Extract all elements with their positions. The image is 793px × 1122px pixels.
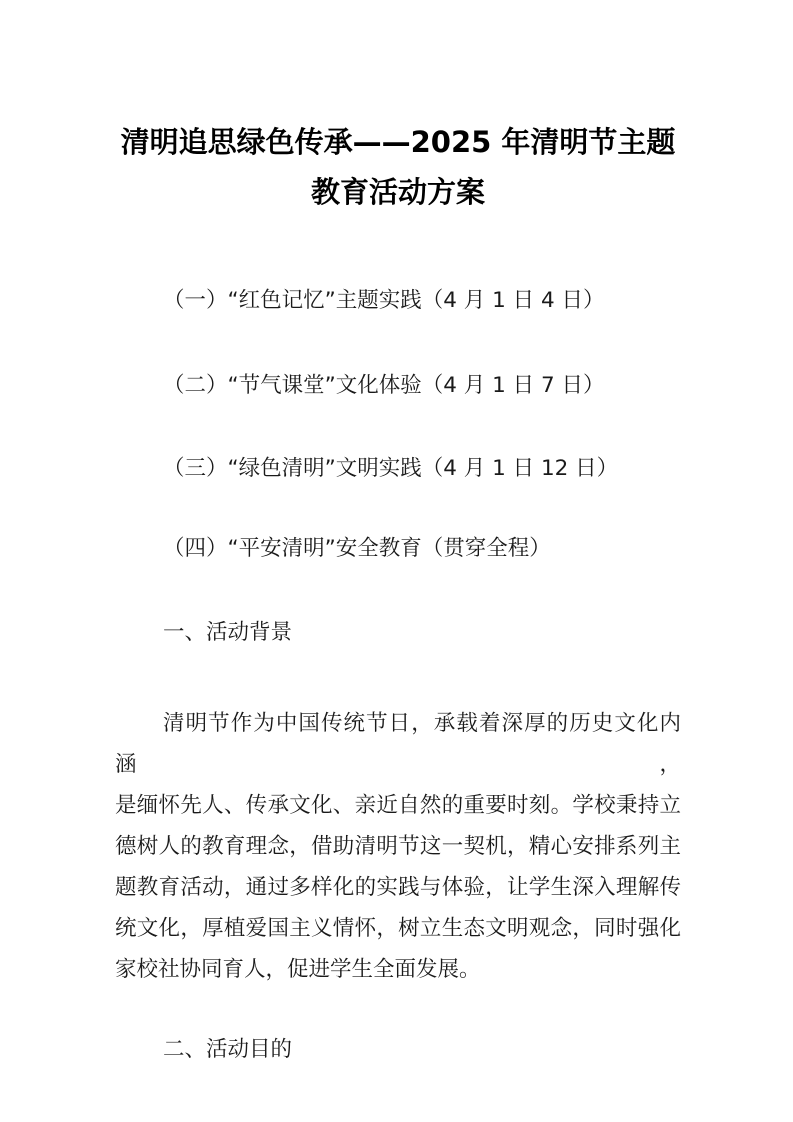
- paragraph-line: 是缅怀先人、传承文化、亲近自然的重要时刻。学校秉持立: [115, 785, 681, 826]
- outline-item-solar-term-class: （二）“节气课堂”文化体验（4 月 1 日 7 日）: [115, 365, 681, 406]
- document-title: 清明追思绿色传承——2025 年清明节主题教育活动方案: [115, 0, 681, 217]
- paragraph-line: 德树人的教育理念，借助清明节这一契机，精心安排系列主: [115, 826, 681, 867]
- section-heading-activity-background: 一、活动背景: [115, 612, 681, 653]
- document-page: 清明追思绿色传承——2025 年清明节主题教育活动方案 （一）“红色记忆”主题实…: [0, 0, 793, 1122]
- outline-item-red-memory: （一）“红色记忆”主题实践（4 月 1 日 4 日）: [115, 280, 681, 321]
- background-paragraph: 清明节作为中国传统节日，承载着深厚的历史文化内涵， 是缅怀先人、传承文化、亲近自…: [115, 703, 681, 990]
- outline-item-safe-qingming: （四）“平安清明”安全教育（贯穿全程）: [115, 528, 681, 569]
- paragraph-line: 统文化，厚植爱国主义情怀，树立生态文明观念，同时强化: [115, 908, 681, 949]
- outline-item-green-qingming: （三）“绿色清明”文明实践（4 月 1 日 12 日）: [115, 448, 681, 489]
- paragraph-line: 清明节作为中国传统节日，承载着深厚的历史文化内涵，: [115, 703, 681, 785]
- paragraph-line: 题教育活动，通过多样化的实践与体验，让学生深入理解传: [115, 867, 681, 908]
- paragraph-line: 家校社协同育人，促进学生全面发展。: [115, 949, 681, 990]
- section-heading-activity-purpose: 二、活动目的: [115, 1029, 681, 1070]
